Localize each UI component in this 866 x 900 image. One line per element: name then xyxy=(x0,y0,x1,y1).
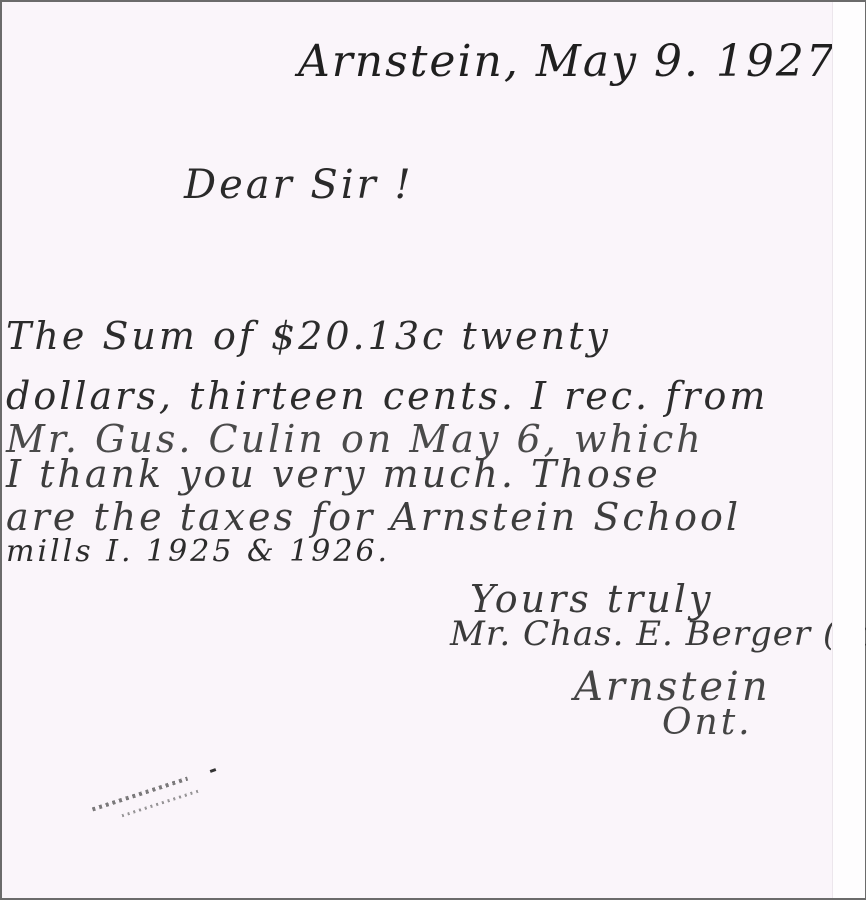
scan-frame: Arnstein, May 9. 1927. Dear Sir ! The Su… xyxy=(2,2,864,898)
body-line: dollars, thirteen cents. I rec. from xyxy=(6,374,768,418)
signer-province: Ont. xyxy=(662,702,753,743)
ink-dot xyxy=(210,768,217,773)
signature: Mr. Chas. E. Berger (coll.) xyxy=(450,614,866,654)
body-line: mills I. 1925 & 1926. xyxy=(6,534,390,569)
letter-page: Arnstein, May 9. 1927. Dear Sir ! The Su… xyxy=(2,2,832,898)
body-line: I thank you very much. Those xyxy=(6,452,661,496)
letter-date: Arnstein, May 9. 1927. xyxy=(298,36,852,87)
page-edge xyxy=(832,2,865,898)
body-line: are the taxes for Arnstein School xyxy=(6,495,741,539)
salutation: Dear Sir ! xyxy=(184,162,414,208)
ink-smudge xyxy=(92,777,188,812)
body-line: The Sum of $20.13c twenty xyxy=(6,314,611,358)
